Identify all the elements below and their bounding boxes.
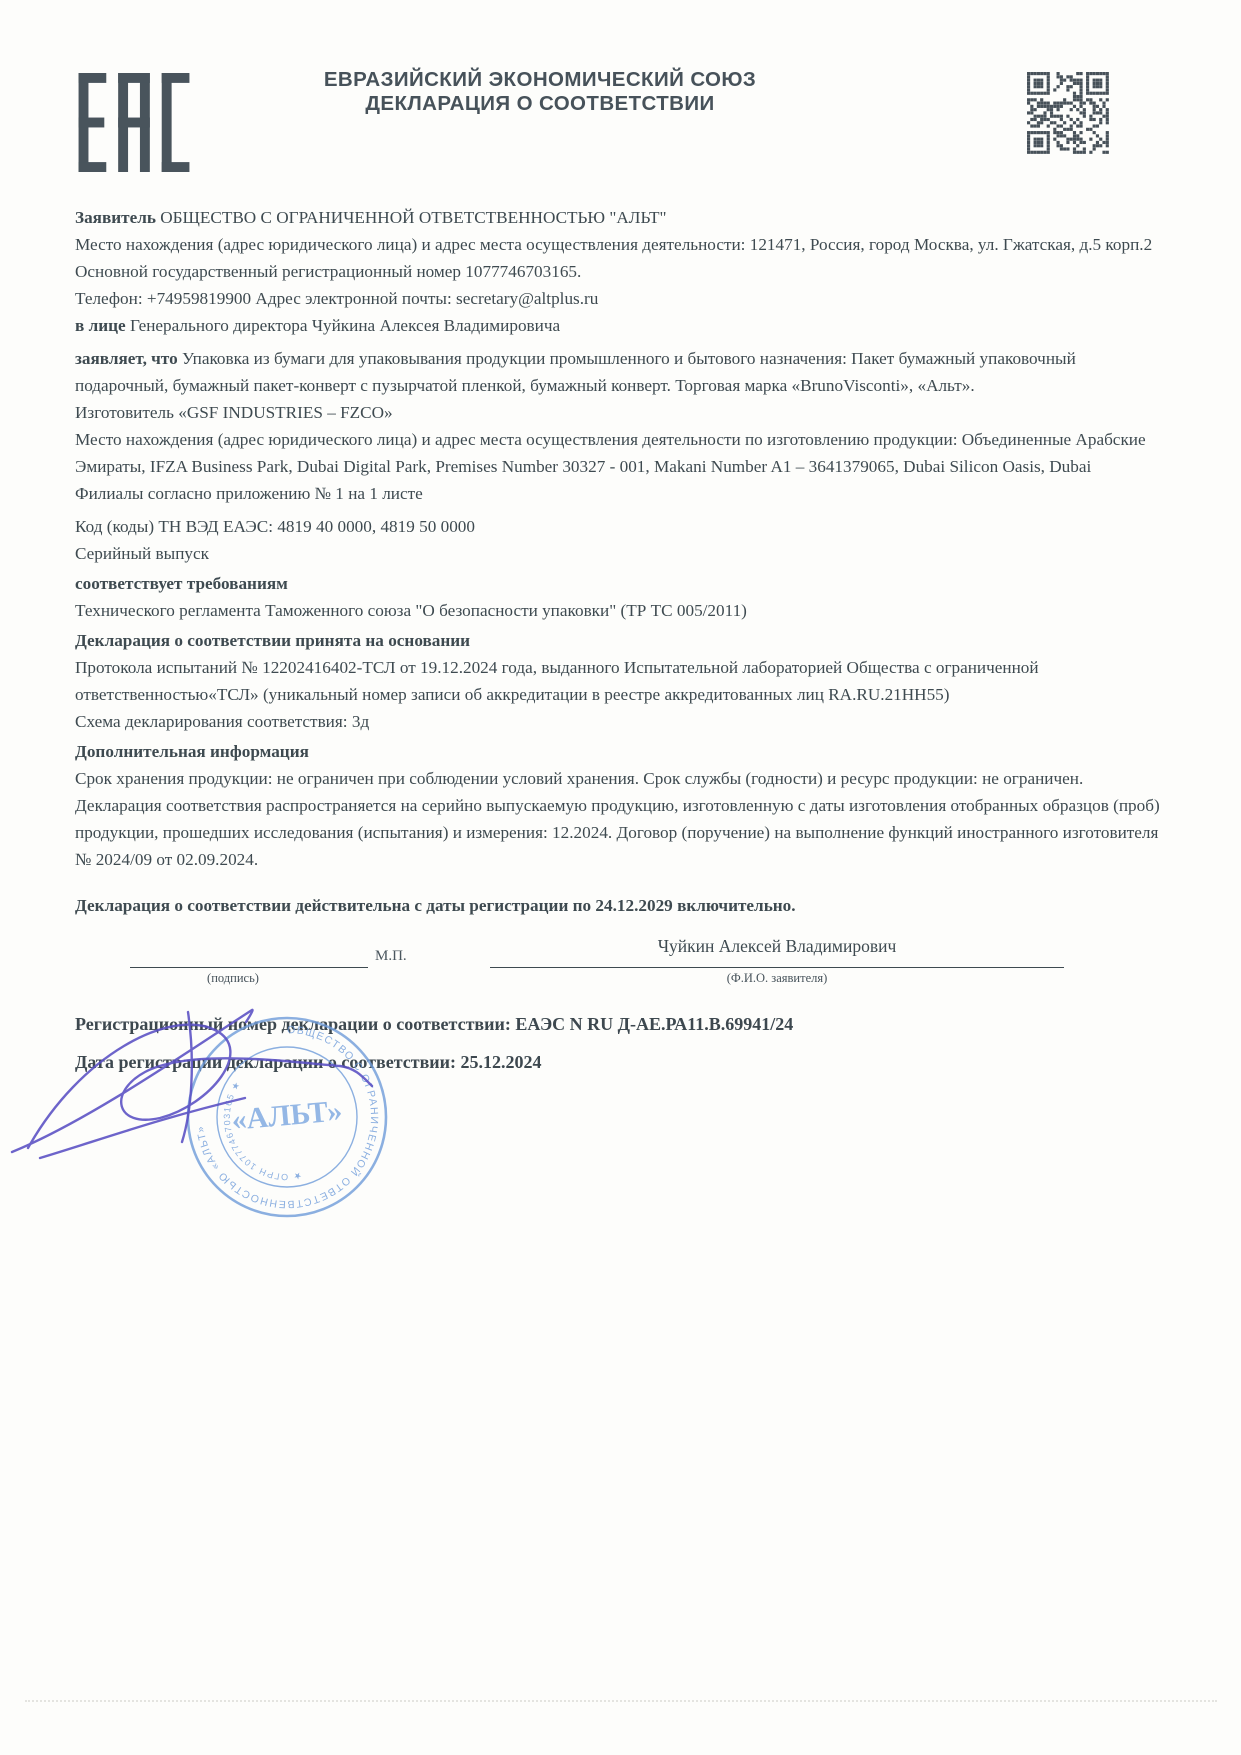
paragraph: Основной государственный регистрационный… bbox=[75, 258, 1169, 285]
paragraph: Изготовитель «GSF INDUSTRIES – FZCO» bbox=[75, 399, 1169, 426]
document-body: Заявитель ОБЩЕСТВО С ОГРАНИЧЕННОЙ ОТВЕТС… bbox=[75, 204, 1169, 919]
stamp-center-text: «АЛЬТ» bbox=[230, 1094, 343, 1137]
paragraph: Код (коды) ТН ВЭД ЕАЭС: 4819 40 0000, 48… bbox=[75, 513, 1169, 540]
eac-logo-icon bbox=[78, 73, 190, 172]
stamp-ogrn-text: ★ ОГРН 1077746703165 ★ bbox=[222, 1079, 303, 1182]
paragraph: Место нахождения (адрес юридического лиц… bbox=[75, 231, 1169, 258]
paragraph: заявляет, что Упаковка из бумаги для упа… bbox=[75, 345, 1169, 399]
paragraph: Технического регламента Таможенного союз… bbox=[75, 597, 1169, 624]
paragraph: в лице Генерального директора Чуйкина Ал… bbox=[75, 312, 1169, 339]
signature-block: (подпись) М.П. Чуйкин Алексей Владимиров… bbox=[75, 919, 1169, 1011]
page-title: ЕВРАЗИЙСКИЙ ЭКОНОМИЧЕСКИЙ СОЮЗ ДЕКЛАРАЦИ… bbox=[190, 68, 890, 116]
registration-number-line: Регистрационный номер декларации о соотв… bbox=[75, 1011, 1169, 1037]
paragraph: Заявитель ОБЩЕСТВО С ОГРАНИЧЕННОЙ ОТВЕТС… bbox=[75, 204, 1169, 231]
svg-text:★ ОГРН 1077746703165 ★: ★ ОГРН 1077746703165 ★ bbox=[222, 1079, 303, 1182]
paragraph: Дополнительная информация bbox=[75, 738, 1169, 765]
qr-code-icon bbox=[1027, 72, 1109, 154]
signature-caption: (подпись) bbox=[168, 970, 298, 986]
paragraph: Схема декларирования соответствия: 3д bbox=[75, 708, 1169, 735]
declarant-line bbox=[490, 967, 1064, 968]
title-line-2: ДЕКЛАРАЦИЯ О СООТВЕТСТВИИ bbox=[190, 92, 890, 116]
paragraph: Место нахождения (адрес юридического лиц… bbox=[75, 426, 1169, 480]
paragraph: Декларация о соответствии действительна … bbox=[75, 892, 1169, 919]
paragraph: Филиалы согласно приложению № 1 на 1 лис… bbox=[75, 480, 1169, 507]
title-line-1: ЕВРАЗИЙСКИЙ ЭКОНОМИЧЕСКИЙ СОЮЗ bbox=[190, 68, 890, 92]
stamp-place-label: М.П. bbox=[375, 943, 407, 970]
paragraph: Протокола испытаний № 12202416402-ТСЛ от… bbox=[75, 654, 1169, 708]
declaration-page: ЕВРАЗИЙСКИЙ ЭКОНОМИЧЕСКИЙ СОЮЗ ДЕКЛАРАЦИ… bbox=[0, 0, 1241, 1755]
paragraph: Декларация о соответствии принята на осн… bbox=[75, 627, 1169, 654]
signature-line bbox=[130, 967, 368, 968]
declarant-name: Чуйкин Алексей Владимирович bbox=[490, 933, 1064, 960]
declarant-caption: (Ф.И.О. заявителя) bbox=[490, 970, 1064, 986]
page-bottom-rule bbox=[25, 1700, 1217, 1702]
paragraph: соответствует требованиям bbox=[75, 570, 1169, 597]
paragraph: Телефон: +74959819900 Адрес электронной … bbox=[75, 285, 1169, 312]
registration-date-line: Дата регистрации декларации о соответств… bbox=[75, 1049, 1169, 1075]
paragraph: Срок хранения продукции: не ограничен пр… bbox=[75, 765, 1169, 873]
paragraph: Серийный выпуск bbox=[75, 540, 1169, 567]
